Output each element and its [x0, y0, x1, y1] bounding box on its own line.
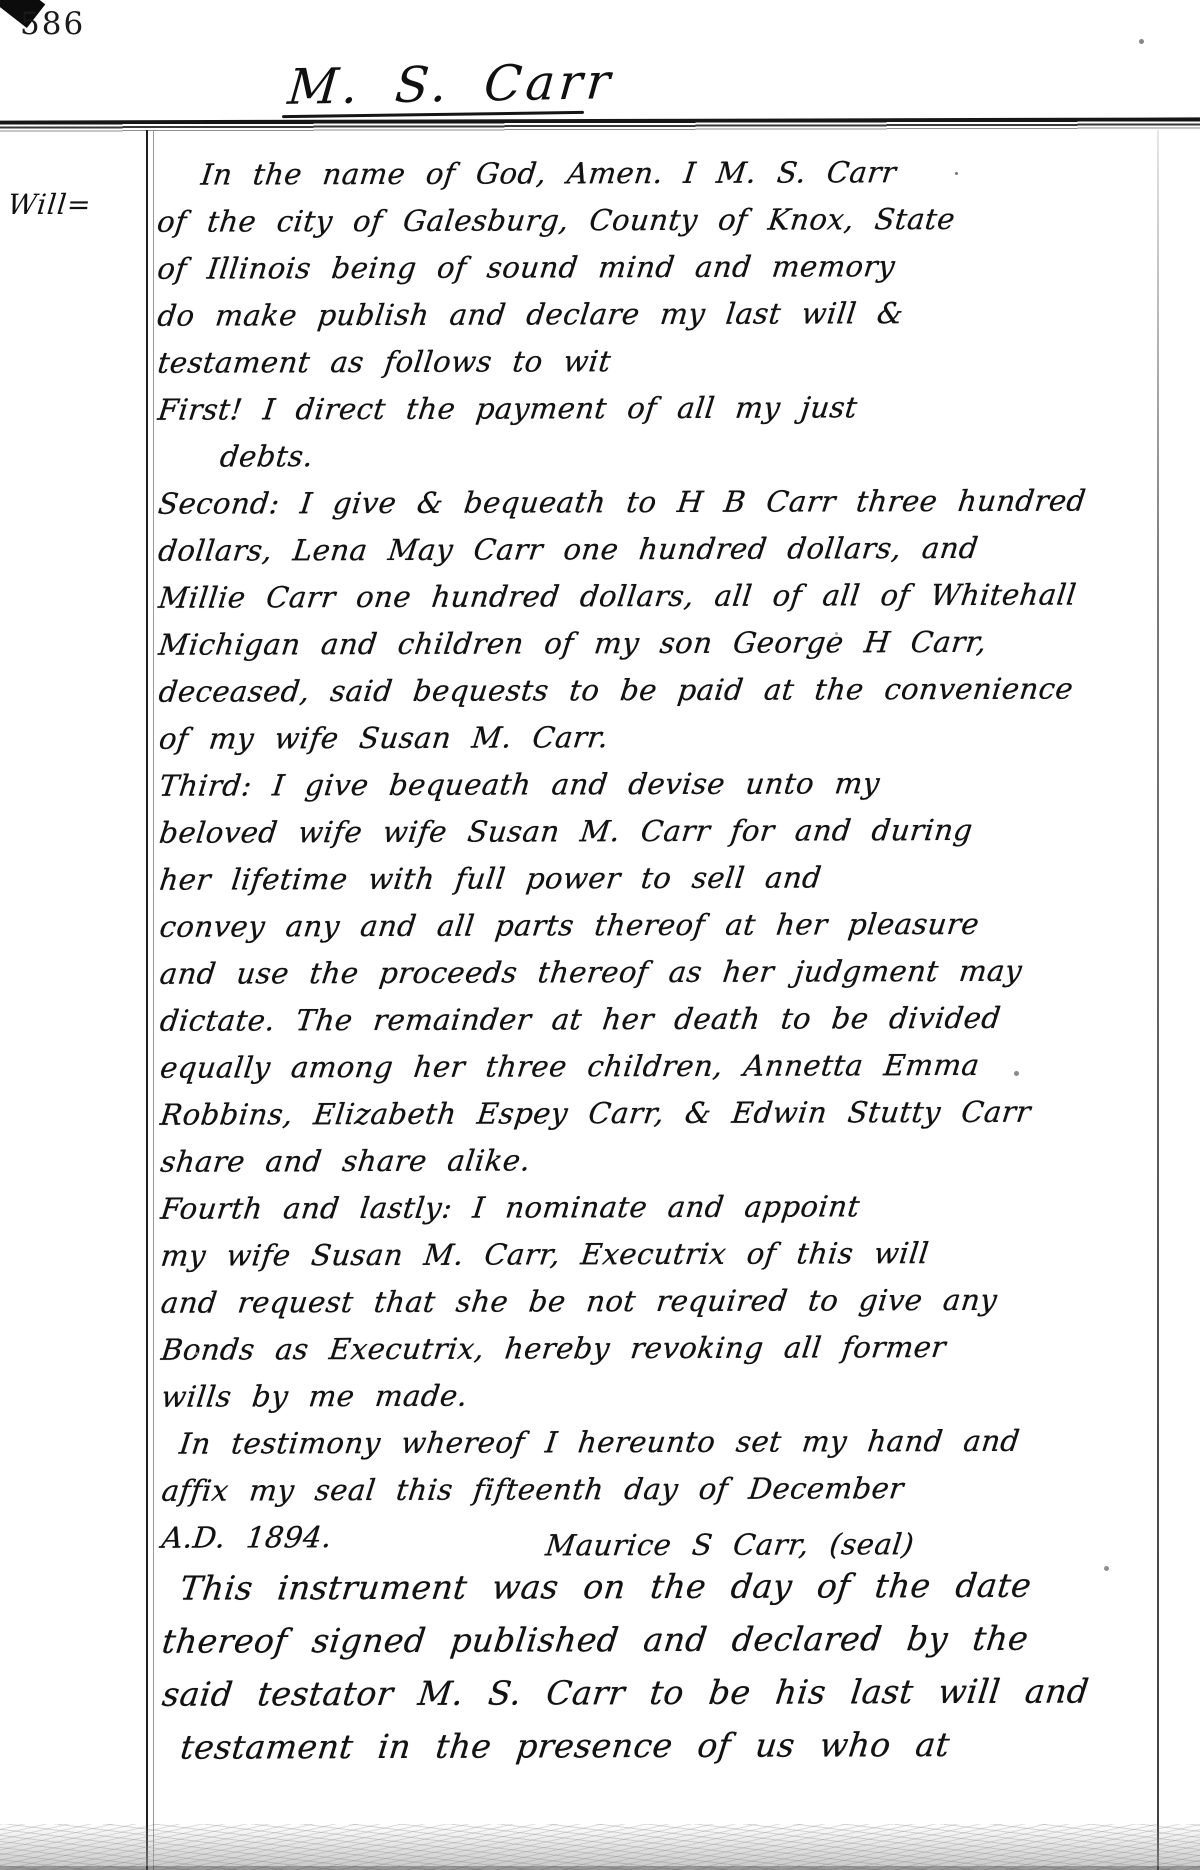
- handwritten-line: said testator M. S. Carr to be his last …: [159, 1664, 1165, 1721]
- handwritten-text: deceased, said bequests to be paid at th…: [157, 672, 1075, 709]
- handwritten-text: said testator M. S. Carr to be his last …: [160, 1671, 1091, 1713]
- document-lines: In the name of God, Amen. I M. S. Carrof…: [157, 148, 1163, 1773]
- handwritten-line: and request that she be not required to …: [158, 1276, 1164, 1327]
- handwritten-text: of my wife Susan M. Carr.: [157, 720, 610, 756]
- handwritten-line: affix my seal this fifteenth day of Dece…: [159, 1464, 1165, 1515]
- handwritten-text: debts.: [218, 439, 315, 473]
- handwritten-line: of my wife Susan M. Carr.: [156, 712, 1162, 763]
- handwritten-line: debts.: [155, 430, 1161, 481]
- handwritten-text: and use the proceeds thereof as her judg…: [158, 954, 1024, 991]
- handwritten-text: my wife Susan M. Carr, Executrix of this…: [159, 1236, 931, 1273]
- handwritten-text: equally among her three children, Annett…: [158, 1048, 981, 1085]
- handwritten-text: testament as follows to wit: [156, 344, 613, 380]
- handwritten-text: Third: I give bequeath and devise unto m…: [157, 766, 881, 803]
- handwritten-line: In the name of God, Amen. I M. S. Carr: [154, 148, 1160, 199]
- handwritten-line: beloved wife wife Susan M. Carr for and …: [157, 806, 1163, 857]
- handwritten-text: In the name of God, Amen. I M. S. Carr: [199, 155, 898, 191]
- scan-speckles: [955, 172, 958, 175]
- handwritten-text: Millie Carr one hundred dollars, all of …: [157, 578, 1079, 615]
- handwritten-line: dollars, Lena May Carr one hundred dolla…: [156, 524, 1162, 575]
- handwritten-text: wills by me made.: [160, 1379, 470, 1414]
- handwritten-line: Second: I give & bequeath to H B Carr th…: [156, 477, 1162, 528]
- left-margin-rule: [146, 130, 154, 1870]
- handwritten-text: This instrument was on the day of the da…: [178, 1566, 1034, 1608]
- document-title: M. S. Carr: [286, 53, 617, 116]
- handwritten-text: Fourth and lastly: I nominate and appoin…: [159, 1189, 862, 1225]
- handwritten-line: A.D. 1894.Maurice S Carr, (seal): [159, 1511, 1165, 1562]
- handwritten-line: Bonds as Executrix, hereby revoking all …: [159, 1323, 1165, 1374]
- handwritten-text: affix my seal this fifteenth day of Dece…: [160, 1471, 906, 1508]
- handwritten-text: convey any and all parts thereof at her …: [158, 907, 981, 944]
- handwritten-line: of Illinois being of sound mind and memo…: [155, 242, 1161, 293]
- handwritten-line: In testimony whereof I hereunto set my h…: [159, 1417, 1165, 1468]
- handwritten-line: thereof signed published and declared by…: [159, 1611, 1165, 1668]
- handwritten-line: do make publish and declare my last will…: [155, 289, 1161, 340]
- handwritten-text: dictate. The remainder at her death to b…: [158, 1001, 1003, 1038]
- handwritten-line: share and share alike.: [158, 1135, 1164, 1186]
- page-number: 586: [20, 6, 85, 42]
- handwritten-text: dollars, Lena May Carr one hundred dolla…: [157, 531, 981, 568]
- handwritten-line: dictate. The remainder at her death to b…: [157, 994, 1163, 1045]
- handwritten-text: Robbins, Elizabeth Espey Carr, & Edwin S…: [159, 1095, 1033, 1132]
- handwritten-text: thereof signed published and declared by…: [160, 1619, 1031, 1661]
- header-double-rule: [0, 117, 1200, 134]
- handwritten-line: Fourth and lastly: I nominate and appoin…: [158, 1182, 1164, 1233]
- handwritten-line: her lifetime with full power to sell and: [157, 853, 1163, 904]
- handwritten-text: A.D. 1894.: [160, 1520, 334, 1555]
- bottom-scan-noise: [0, 1824, 1200, 1870]
- handwritten-line: and use the proceeds thereof as her judg…: [157, 947, 1163, 998]
- handwritten-text: Michigan and children of my son George H…: [157, 625, 989, 662]
- handwritten-line: testament in the presence of us who at: [160, 1717, 1166, 1774]
- handwritten-line: This instrument was on the day of the da…: [159, 1558, 1165, 1615]
- handwritten-text: Second: I give & bequeath to H B Carr th…: [156, 484, 1088, 521]
- scanned-will-page: 586 M. S. Carr Will= In the name of God,…: [0, 0, 1200, 1870]
- handwritten-text: of the city of Galesburg, County of Knox…: [155, 202, 957, 239]
- handwritten-text: do make publish and declare my last will…: [156, 296, 906, 333]
- handwritten-line: Robbins, Elizabeth Espey Carr, & Edwin S…: [158, 1088, 1164, 1139]
- handwritten-line: First! I direct the payment of all my ju…: [155, 383, 1161, 434]
- handwritten-line: Third: I give bequeath and devise unto m…: [157, 759, 1163, 810]
- handwritten-text: Bonds as Executrix, hereby revoking all …: [159, 1330, 948, 1367]
- handwritten-line: of the city of Galesburg, County of Knox…: [155, 195, 1161, 246]
- handwritten-line: Millie Carr one hundred dollars, all of …: [156, 571, 1162, 622]
- handwritten-text: beloved wife wife Susan M. Carr for and …: [158, 813, 975, 850]
- handwritten-line: my wife Susan M. Carr, Executrix of this…: [158, 1229, 1164, 1280]
- handwritten-text: of Illinois being of sound mind and memo…: [156, 249, 897, 286]
- handwritten-text: share and share alike.: [159, 1143, 533, 1178]
- handwritten-line: Michigan and children of my son George H…: [156, 618, 1162, 669]
- handwritten-line: deceased, said bequests to be paid at th…: [156, 665, 1162, 716]
- handwritten-text: her lifetime with full power to sell and: [158, 860, 824, 896]
- handwritten-text: testament in the presence of us who at: [178, 1725, 952, 1767]
- handwritten-text: First! I direct the payment of all my ju…: [156, 390, 859, 426]
- handwritten-text: and request that she be not required to …: [159, 1283, 999, 1320]
- handwritten-line: wills by me made.: [159, 1370, 1165, 1421]
- handwritten-line: convey any and all parts thereof at her …: [157, 900, 1163, 951]
- handwritten-line: testament as follows to wit: [155, 336, 1161, 387]
- handwritten-line: equally among her three children, Annett…: [158, 1041, 1164, 1092]
- margin-label-will: Will=: [6, 188, 93, 221]
- handwritten-text: In testimony whereof I hereunto set my h…: [178, 1424, 1022, 1461]
